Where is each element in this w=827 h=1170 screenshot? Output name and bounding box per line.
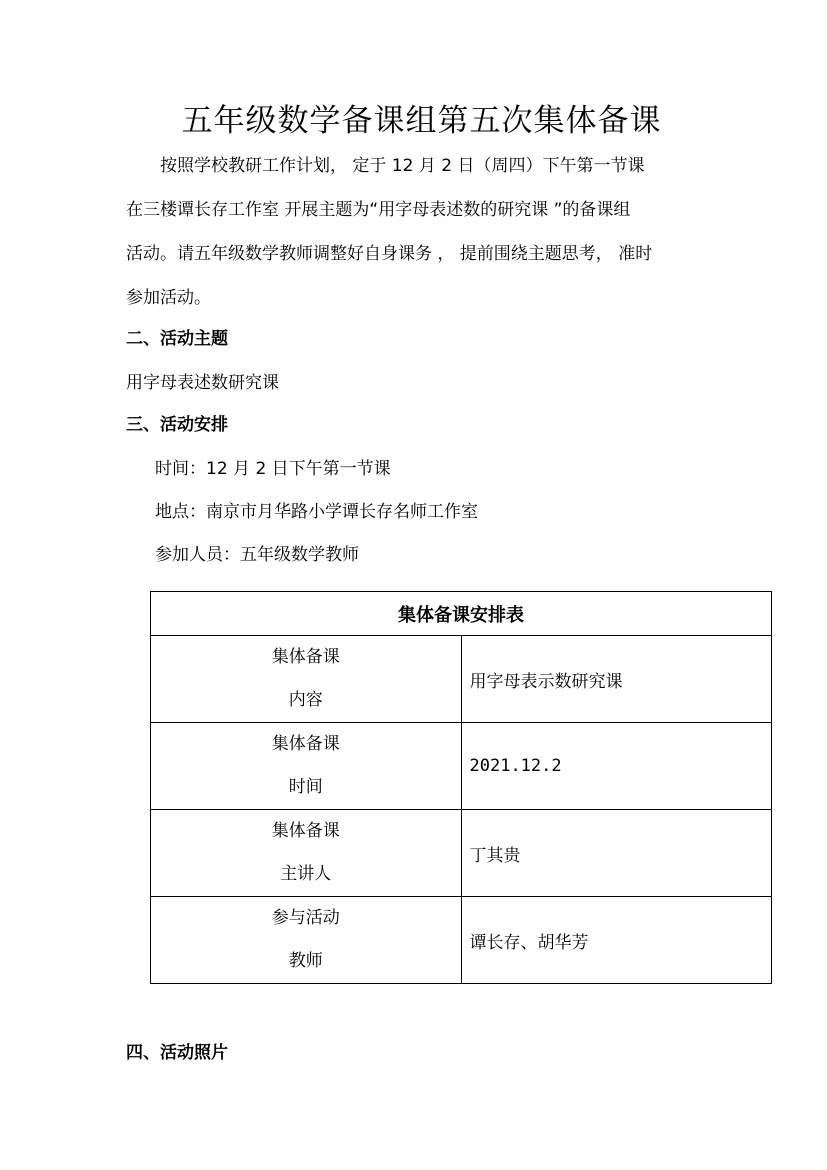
table-caption: 集体备课安排表 (151, 592, 772, 636)
table-row: 集体备课 内容 用字母表示数研究课 (151, 636, 772, 723)
intro-paragraph: 按照学校教研工作计划， 定于 12 月 2 日（周四）下午第一节课 在三楼谭长存… (126, 144, 716, 320)
row-value: 谭长存、胡华芳 (461, 897, 772, 984)
section-heading-photos: 四、活动照片 (126, 1041, 228, 1065)
intro-line-4: 参加活动。 (126, 276, 716, 320)
intro-line-3: 活动。请五年级数学教师调整好自身课务 ， 提前围绕主题思考， 准时 (126, 232, 716, 276)
row-label-line-1: 集体备课 (151, 810, 461, 853)
arrangement-participants: 参加人员：五年级数学教师 (155, 543, 359, 567)
row-label-line-2: 内容 (151, 679, 461, 722)
row-label-line-1: 集体备课 (151, 723, 461, 766)
schedule-table: 集体备课安排表 集体备课 内容 用字母表示数研究课 集体备课 时间 2021.1… (150, 591, 772, 984)
arrangement-time: 时间：12 月 2 日下午第一节课 (155, 457, 391, 481)
section-heading-arrangement: 三、活动安排 (126, 413, 228, 437)
row-label-line-2: 时间 (151, 766, 461, 809)
row-value: 2021.12.2 (461, 723, 772, 810)
page-title: 五年级数学备课组第五次集体备课 (0, 100, 827, 142)
row-label-line-2: 教师 (151, 940, 461, 983)
row-label: 集体备课 时间 (151, 723, 462, 810)
table-row: 集体备课 主讲人 丁其贵 (151, 810, 772, 897)
row-value: 丁其贵 (461, 810, 772, 897)
row-label-line-2: 主讲人 (151, 853, 461, 896)
row-label: 参与活动 教师 (151, 897, 462, 984)
row-value: 用字母表示数研究课 (461, 636, 772, 723)
row-label: 集体备课 内容 (151, 636, 462, 723)
intro-line-1: 按照学校教研工作计划， 定于 12 月 2 日（周四）下午第一节课 (126, 144, 716, 188)
theme-content: 用字母表述数研究课 (126, 371, 279, 395)
arrangement-location: 地点：南京市月华路小学谭长存名师工作室 (155, 500, 478, 524)
table-row: 集体备课 时间 2021.12.2 (151, 723, 772, 810)
row-label-line-1: 集体备课 (151, 636, 461, 679)
table-header-row: 集体备课安排表 (151, 592, 772, 636)
row-label-line-1: 参与活动 (151, 897, 461, 940)
intro-line-2: 在三楼谭长存工作室 开展主题为“用字母表述数的研究课 ”的备课组 (126, 188, 716, 232)
row-label: 集体备课 主讲人 (151, 810, 462, 897)
section-heading-theme: 二、活动主题 (126, 327, 228, 351)
table-row: 参与活动 教师 谭长存、胡华芳 (151, 897, 772, 984)
